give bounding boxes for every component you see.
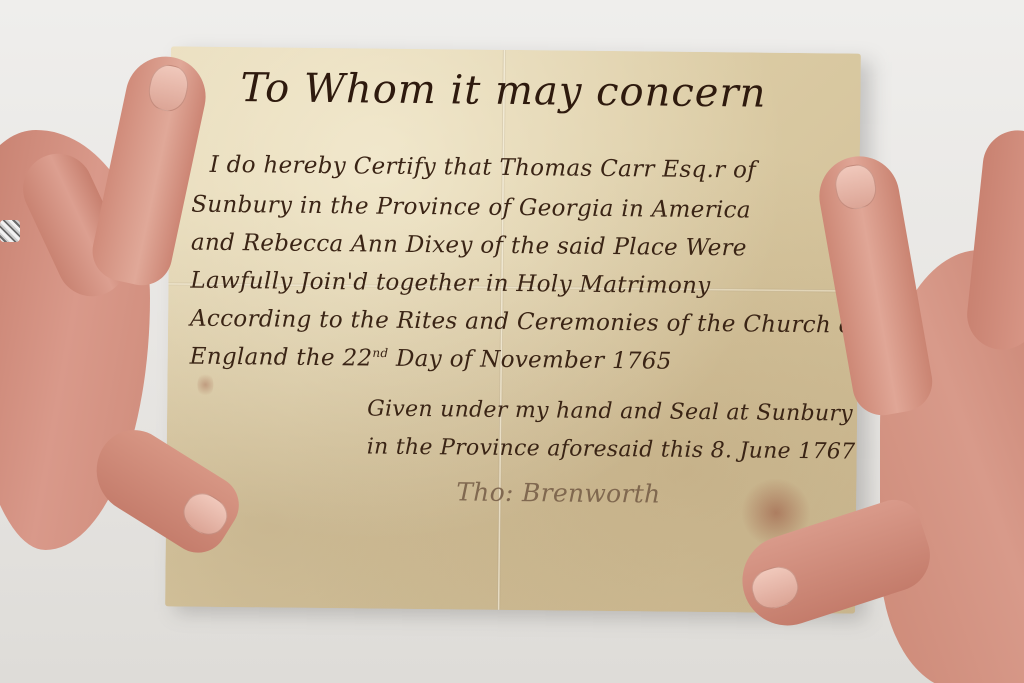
document-line-5: According to the Rites and Ceremonies of… [190, 306, 861, 339]
document-line-3: and Rebecca Ann Dixey of the said Place … [191, 230, 747, 262]
date-line-rest: Day of November 1765 [388, 346, 672, 375]
document-line-6: England the 22nd Day of November 1765 [190, 344, 672, 375]
marriage-certificate-document: To Whom it may concern I do hereby Certi… [165, 46, 861, 613]
document-title: To Whom it may concern [240, 65, 766, 117]
thumbnail [747, 562, 803, 614]
document-line-1: I do hereby Certify that Thomas Carr Esq… [210, 152, 757, 184]
closing-line-1: Given under my hand and Seal at Sunbury [367, 396, 853, 426]
fingernail [145, 62, 192, 115]
ring [0, 220, 20, 242]
document-line-2: Sunbury in the Province of Georgia in Am… [191, 192, 751, 224]
ink-blot [197, 372, 213, 398]
document-line-4: Lawfully Join'd together in Holy Matrimo… [190, 268, 710, 299]
date-line-start: England the 22 [190, 344, 373, 372]
signature: Tho: Brenworth [456, 477, 660, 508]
closing-line-2: in the Province aforesaid this 8. June 1… [367, 434, 856, 464]
fingernail [832, 162, 879, 212]
date-day-suffix: nd [372, 346, 388, 360]
thumbnail [177, 486, 234, 542]
